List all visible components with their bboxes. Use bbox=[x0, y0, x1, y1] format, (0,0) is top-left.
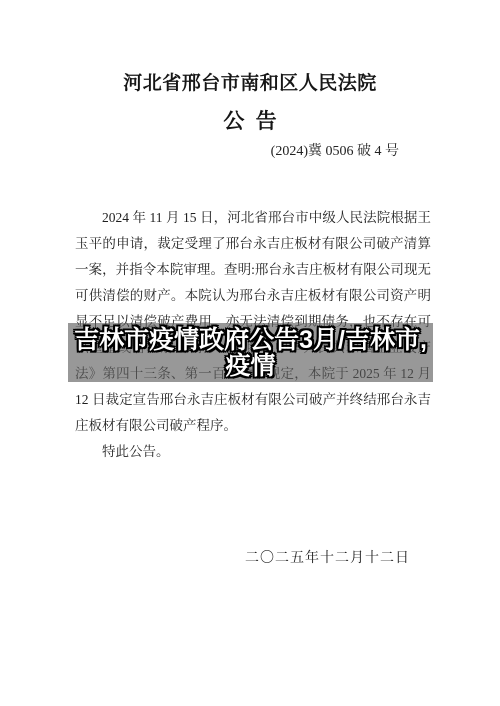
watermark-text: 吉林市疫情政府公告3月/吉林市,疫情 bbox=[68, 327, 433, 379]
case-number: (2024)冀 0506 破 4 号 bbox=[271, 140, 399, 160]
announcement-date: 二〇二五年十二月十二日 bbox=[245, 547, 410, 567]
court-name: 河北省邢台市南和区人民法院 bbox=[0, 68, 500, 95]
paragraph-closing: 特此公告。 bbox=[75, 439, 431, 465]
announcement-page: 河北省邢台市南和区人民法院 公 告 (2024)冀 0506 破 4 号 202… bbox=[0, 0, 500, 706]
announcement-title: 公 告 bbox=[0, 105, 500, 135]
watermark-banner: 吉林市疫情政府公告3月/吉林市,疫情 bbox=[68, 323, 433, 382]
paragraph-main: 2024 年 11 月 15 日，河北省邢台市中级人民法院根据王玉平的申请，裁定… bbox=[75, 205, 431, 439]
